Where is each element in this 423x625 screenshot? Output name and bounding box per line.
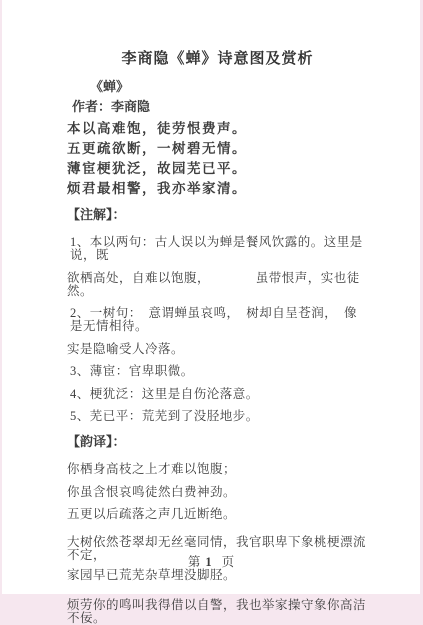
annotation-heading: 【注解】： xyxy=(67,208,368,222)
annotation-line: 4、梗犹泛：这里是自伤沦落意。 xyxy=(70,388,368,401)
annotation-line: 实是隐喻受人冷落。 xyxy=(67,343,368,356)
translation-heading: 【韵译】： xyxy=(67,435,368,449)
poem-author: 作者：李商隐 xyxy=(72,100,368,114)
annotation-line: 5、芜已平：荒芜到了没胫地步。 xyxy=(70,410,368,423)
page-number: 1 xyxy=(205,555,211,569)
poem-line: 本以高难饱，徒劳恨费声。 xyxy=(67,122,368,136)
document-title: 李商隐《蝉》诗意图及赏析 xyxy=(67,50,368,68)
poem-line: 烦君最相警，我亦举家清。 xyxy=(67,182,368,196)
document-page: 李商隐《蝉》诗意图及赏析 《蝉》 作者：李商隐 本以高难饱，徒劳恨费声。 五更疏… xyxy=(2,0,420,594)
page-footer-prefix: 第 xyxy=(188,555,201,569)
translation-line: 你栖身高枝之上才难以饱腹； xyxy=(67,463,368,476)
annotation-line: 3、薄宦：官卑职微。 xyxy=(70,365,368,378)
page-footer: 第1页 xyxy=(2,552,420,570)
poem-line: 五更疏欲断，一树碧无情。 xyxy=(67,142,368,156)
poem-title: 《蝉》 xyxy=(90,80,368,94)
annotation-line: 1、本以两句：古人误以为蝉是餐风饮露的。这里是说，既 xyxy=(70,236,368,262)
translation-line: 家园早已荒芜杂草埋没脚胫。 xyxy=(67,569,368,582)
translation-line: 五更以后疏落之声几近断绝。 xyxy=(67,508,368,521)
annotation-line: 2、一树句： 意谓蝉虽哀鸣， 树却自呈苍润， 像是无情相待。 xyxy=(70,307,368,333)
translation-line: 你虽含恨哀鸣徒然白费神劲。 xyxy=(67,486,368,499)
poem-line: 薄宦梗犹泛，故园芜已平。 xyxy=(67,162,368,176)
page-footer-suffix: 页 xyxy=(222,555,235,569)
annotation-line: 欲栖高处，自难以饱腹， 虽带恨声，实也徒然。 xyxy=(67,272,368,298)
